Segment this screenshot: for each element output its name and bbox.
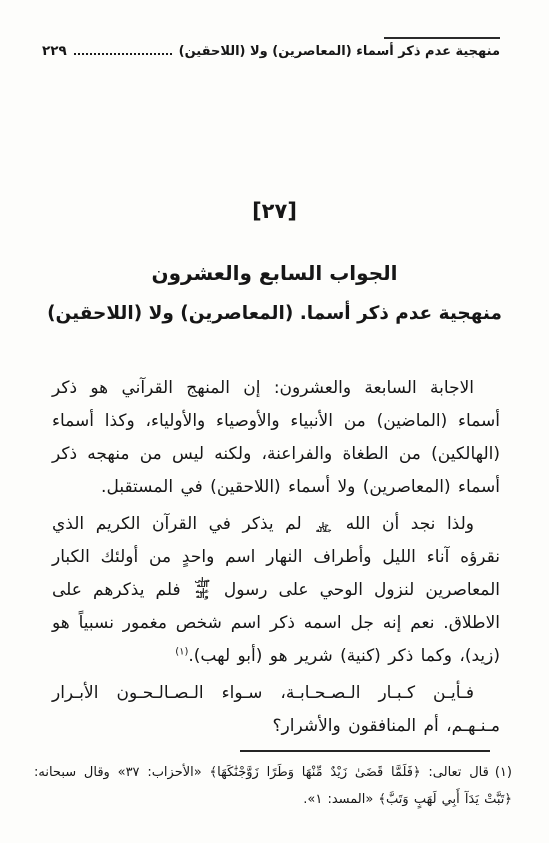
footnote-separator	[240, 750, 490, 752]
chapter-subtitle: منهجية عدم ذكر أسما. (المعاصرين) ولا (ال…	[0, 303, 549, 324]
paragraph-1: الاجابة السابعة والعشرون: إن المنهج القر…	[52, 372, 500, 504]
answer-title: الجواب السابع والعشرون	[0, 261, 549, 285]
honorific-jalla-jalaluhu: جل جلاله	[313, 523, 334, 534]
running-title: منهجية عدم ذكر أسماء (المعاصرين) ولا (ال…	[179, 44, 500, 59]
paragraph-2-text-a: ولذا نجد أن الله	[346, 514, 474, 534]
body-text: الاجابة السابعة والعشرون: إن المنهج القر…	[52, 372, 500, 747]
footnote-marker: (١)	[495, 765, 512, 780]
header-overline	[384, 37, 500, 39]
book-page: منهجية عدم ذكر أسماء (المعاصرين) ولا (ال…	[0, 0, 549, 843]
paragraph-3: فـأيـن كـبـار الـصـحـابـة، سـواء الـصـال…	[52, 677, 500, 743]
honorific-salawat: صلى الله عليه وآله	[192, 578, 213, 600]
dot-leader	[74, 53, 172, 55]
footnote-text: قال تعالى: ﴿فَلَمَّا قَضَىٰ زَيْدٌ مِّنْ…	[34, 765, 512, 807]
section-number: [٢٧]	[0, 199, 549, 223]
paragraph-2: ولذا نجد أن الله جل جلاله لم يذكر في الق…	[52, 508, 500, 673]
footnote-reference: (١)	[175, 646, 188, 657]
footnote: (١)قال تعالى: ﴿فَلَمَّا قَضَىٰ زَيْدٌ مِ…	[34, 759, 512, 813]
page-number: ٢٢٩	[42, 43, 67, 59]
page-header: منهجية عدم ذكر أسماء (المعاصرين) ولا (ال…	[42, 43, 500, 59]
